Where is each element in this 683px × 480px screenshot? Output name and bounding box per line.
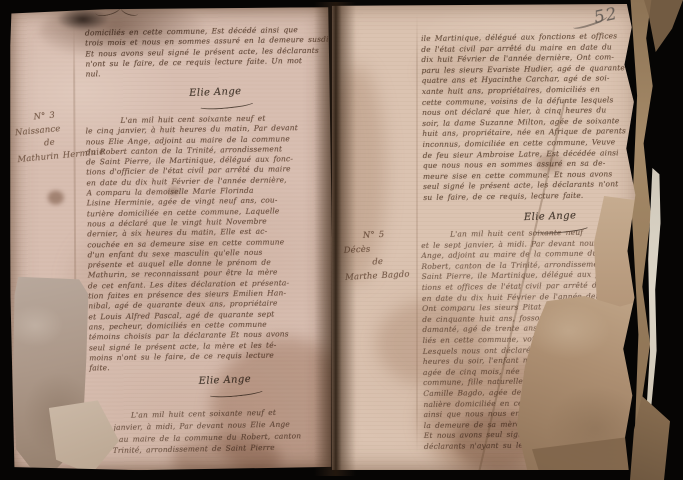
fold-crease (416, 14, 418, 454)
officer-signature: Elie Ange (189, 78, 256, 110)
book-gutter (314, 2, 356, 476)
torn-paper-patch (594, 196, 636, 318)
left-page: domiciliés en cette commune, Est décédé … (9, 7, 333, 471)
stain (48, 191, 64, 205)
folio-number: 52 (592, 4, 619, 28)
stain (422, 40, 552, 104)
stain (168, 186, 180, 196)
scanned-register-spread: domiciliés en cette commune, Est décédé … (0, 0, 683, 480)
signature-flourish (197, 97, 256, 111)
right-page: 52 ile Martinique, délégué aux fonctions… (332, 4, 636, 470)
signature-text: Elie Ange (524, 210, 577, 223)
signature-text: Elie Ange (189, 86, 242, 99)
stain (70, 218, 241, 339)
torn-page-corner (644, 0, 683, 52)
